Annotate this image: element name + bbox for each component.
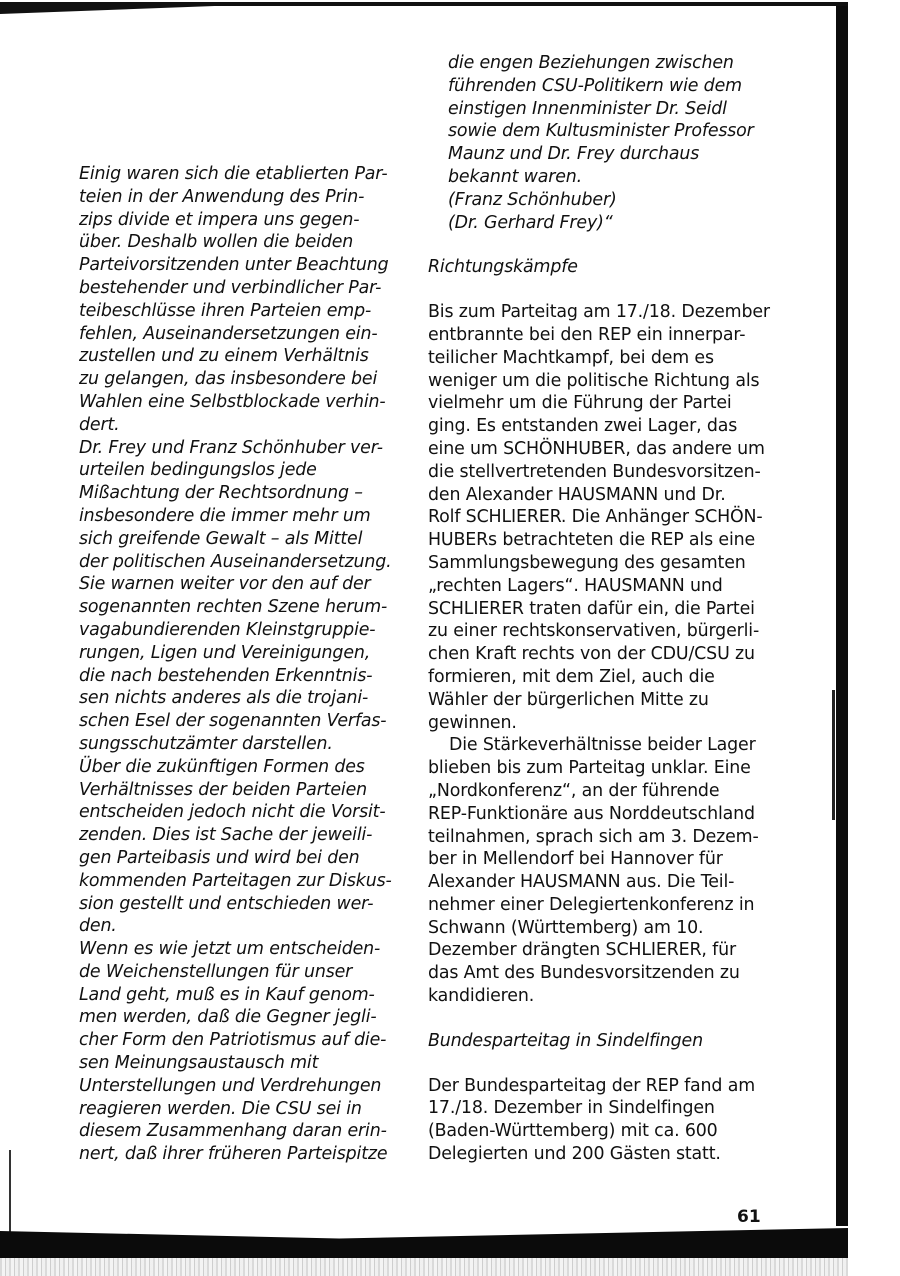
text-line: den. <box>79 915 409 938</box>
text-line: vielmehr um die Führung der Partei <box>428 392 768 415</box>
scan-border-right-inner <box>832 690 835 820</box>
right-column: die engen Beziehungen zwischenführenden … <box>428 52 768 1166</box>
text-line: einstigen Innenminister Dr. Seidl <box>448 98 768 121</box>
text-line: die nach bestehenden Erkenntnis- <box>79 665 409 688</box>
text-line: ber in Mellendorf bei Hannover für <box>428 848 768 871</box>
text-line: entbrannte bei den REP ein innerpar- <box>428 324 768 347</box>
left-column: Einig waren sich die etablierten Par-tei… <box>79 163 409 1166</box>
text-line: fehlen, Auseinandersetzungen ein- <box>79 323 409 346</box>
text-line: weniger um die politische Richtung als <box>428 370 768 393</box>
text-line: sen nichts anderes als die trojani- <box>79 687 409 710</box>
text-line: teibeschlüsse ihren Parteien emp- <box>79 300 409 323</box>
text-line: (Baden-Württemberg) mit ca. 600 <box>428 1120 768 1143</box>
text-line: diesem Zusammenhang daran erin- <box>79 1120 409 1143</box>
text-line: bekannt waren. <box>448 166 768 189</box>
text-line: „rechten Lagers“. HAUSMANN und <box>428 575 768 598</box>
text-line: Sie warnen weiter vor den auf der <box>79 573 409 596</box>
text-line: kommenden Parteitagen zur Diskus- <box>79 870 409 893</box>
text-line: das Amt des Bundesvorsitzenden zu <box>428 962 768 985</box>
text-line: gewinnen. <box>428 712 768 735</box>
text-line: Der Bundesparteitag der REP fand am <box>428 1075 768 1098</box>
text-line: 17./18. Dezember in Sindelfingen <box>428 1097 768 1120</box>
text-line: teilnahmen, sprach sich am 3. Dezem- <box>428 826 768 849</box>
section1-paragraph-1: Bis zum Parteitag am 17./18. Dezemberent… <box>428 301 768 734</box>
text-line: den Alexander HAUSMANN und Dr. <box>428 484 768 507</box>
text-line: zips divide et impera uns gegen- <box>79 209 409 232</box>
scan-bottom-grain <box>0 1258 848 1276</box>
text-line: Wähler der bürgerlichen Mitte zu <box>428 689 768 712</box>
text-line: cher Form den Patriotismus auf die- <box>79 1029 409 1052</box>
text-line: Bis zum Parteitag am 17./18. Dezember <box>428 301 768 324</box>
text-line: Über die zukünftigen Formen des <box>79 756 409 779</box>
text-line: führenden CSU-Politikern wie dem <box>448 75 768 98</box>
text-line: eine um SCHÖNHUBER, das andere um <box>428 438 768 461</box>
text-line: kandidieren. <box>428 985 768 1008</box>
text-line: schen Esel der sogenannten Verfas- <box>79 710 409 733</box>
text-line: dert. <box>79 414 409 437</box>
scan-border-top-wedge <box>0 2 320 14</box>
text-line: bestehender und verbindlicher Par- <box>79 277 409 300</box>
text-line: Rolf SCHLIERER. Die Anhänger SCHÖN- <box>428 506 768 529</box>
text-line: (Franz Schönhuber) <box>448 189 768 212</box>
text-line: über. Deshalb wollen die beiden <box>79 231 409 254</box>
text-line: die engen Beziehungen zwischen <box>448 52 768 75</box>
text-line: zu gelangen, das insbesondere bei <box>79 368 409 391</box>
text-line: sich greifende Gewalt – als Mittel <box>79 528 409 551</box>
text-line: Mißachtung der Rechtsordnung – <box>79 482 409 505</box>
section2-paragraph-1: Der Bundesparteitag der REP fand am17./1… <box>428 1075 768 1166</box>
text-line: ging. Es entstanden zwei Lager, das <box>428 415 768 438</box>
text-line: Einig waren sich die etablierten Par- <box>79 163 409 186</box>
text-line: zu einer rechtskonservativen, bürgerli- <box>428 620 768 643</box>
text-line: Delegierten und 200 Gästen statt. <box>428 1143 768 1166</box>
text-line: Die Stärkeverhältnisse beider Lager <box>428 734 768 757</box>
text-line: Land geht, muß es in Kauf genom- <box>79 984 409 1007</box>
text-line: zenden. Dies ist Sache der jeweili- <box>79 824 409 847</box>
text-line: nehmer einer Delegiertenkonferenz in <box>428 894 768 917</box>
text-line: men werden, daß die Gegner jegli- <box>79 1006 409 1029</box>
text-line: Schwann (Württemberg) am 10. <box>428 917 768 940</box>
text-line: insbesondere die immer mehr um <box>79 505 409 528</box>
text-line: der politischen Auseinandersetzung. <box>79 551 409 574</box>
text-line: blieben bis zum Parteitag unklar. Eine <box>428 757 768 780</box>
text-line: Parteivorsitzenden unter Beachtung <box>79 254 409 277</box>
text-line: rungen, Ligen und Vereinigungen, <box>79 642 409 665</box>
text-line: „Nordkonferenz“, an der führende <box>428 780 768 803</box>
text-line: REP-Funktionäre aus Norddeutschland <box>428 803 768 826</box>
text-line: Dr. Frey und Franz Schönhuber ver- <box>79 437 409 460</box>
scan-border-bottom <box>0 1228 848 1258</box>
text-line: reagieren werden. Die CSU sei in <box>79 1098 409 1121</box>
text-line: Wahlen eine Selbstblockade verhin- <box>79 391 409 414</box>
text-line: sen Meinungsaustausch mit <box>79 1052 409 1075</box>
quote-continuation: die engen Beziehungen zwischenführenden … <box>428 52 768 234</box>
text-line: urteilen bedingungslos jede <box>79 459 409 482</box>
text-line: gen Parteibasis und wird bei den <box>79 847 409 870</box>
text-line: nert, daß ihrer früheren Parteispitze <box>79 1143 409 1166</box>
text-line: die stellvertretenden Bundesvorsitzen- <box>428 461 768 484</box>
text-line: vagabundierenden Kleinstgruppie- <box>79 619 409 642</box>
text-line: de Weichenstellungen für unser <box>79 961 409 984</box>
text-line: Maunz und Dr. Frey durchaus <box>448 143 768 166</box>
text-line: chen Kraft rechts von der CDU/CSU zu <box>428 643 768 666</box>
text-line: (Dr. Gerhard Frey)“ <box>448 212 768 235</box>
text-line: Unterstellungen und Verdrehungen <box>79 1075 409 1098</box>
scan-border-right <box>836 6 848 1226</box>
scan-border-left <box>9 1150 11 1240</box>
text-line: zustellen und zu einem Verhältnis <box>79 345 409 368</box>
text-line: sungsschutzämter darstellen. <box>79 733 409 756</box>
text-line: teilicher Machtkampf, bei dem es <box>428 347 768 370</box>
text-line: Alexander HAUSMANN aus. Die Teil- <box>428 871 768 894</box>
page-number: 61 <box>737 1207 761 1227</box>
text-line: HUBERs betrachteten die REP als eine <box>428 529 768 552</box>
text-line: teien in der Anwendung des Prin- <box>79 186 409 209</box>
section1-paragraph-2: Die Stärkeverhältnisse beider Lagerblieb… <box>428 734 768 1008</box>
section-heading-bundesparteitag: Bundesparteitag in Sindelfingen <box>428 1030 768 1053</box>
text-line: sogenannten rechten Szene herum- <box>79 596 409 619</box>
text-line: Wenn es wie jetzt um entscheiden- <box>79 938 409 961</box>
text-line: entscheiden jedoch nicht die Vorsit- <box>79 801 409 824</box>
text-line: Sammlungsbewegung des gesamten <box>428 552 768 575</box>
text-line: Dezember drängten SCHLIERER, für <box>428 939 768 962</box>
text-line: formieren, mit dem Ziel, auch die <box>428 666 768 689</box>
text-line: SCHLIERER traten dafür ein, die Partei <box>428 598 768 621</box>
text-line: sowie dem Kultusminister Professor <box>448 120 768 143</box>
section-heading-richtungskaempfe: Richtungskämpfe <box>428 256 768 279</box>
text-line: Verhältnisses der beiden Parteien <box>79 779 409 802</box>
text-line: sion gestellt und entschieden wer- <box>79 893 409 916</box>
